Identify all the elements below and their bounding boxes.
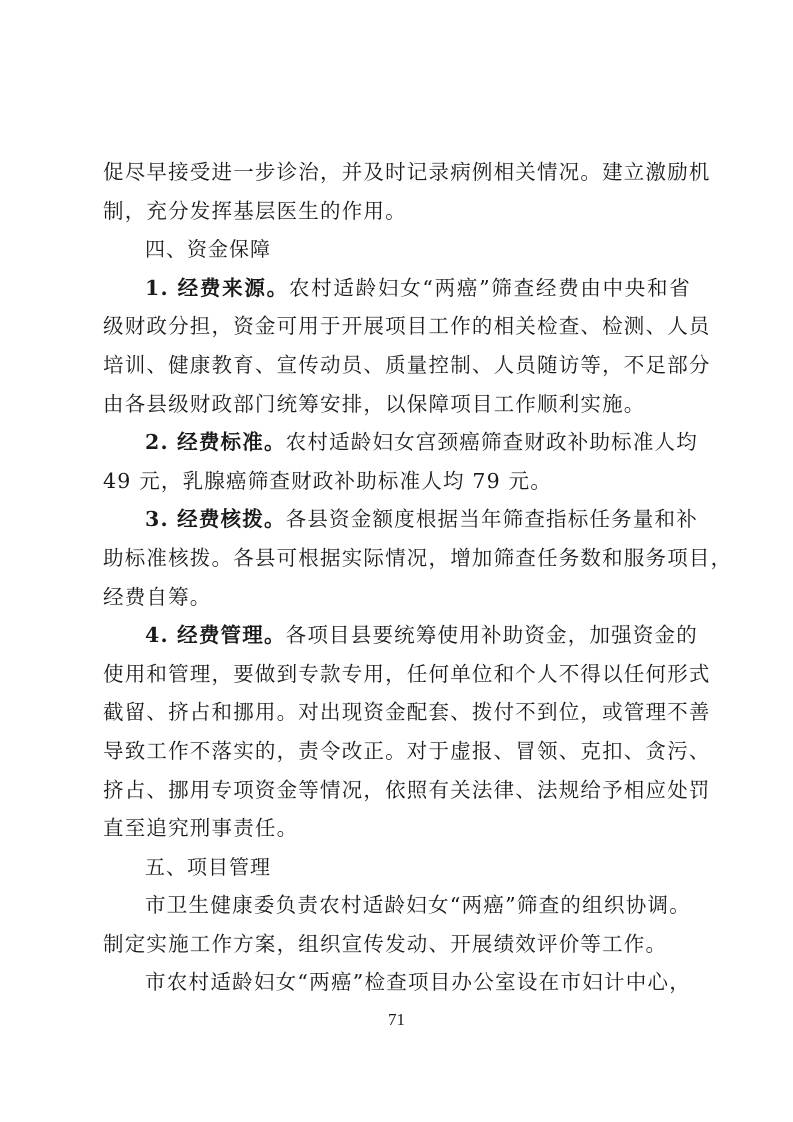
item-text: 各项目县要统筹使用补助资金，加强资金的 (286, 623, 698, 647)
section-heading-funding: 四、资金保障 (103, 230, 691, 269)
text-line: 由各县级财政部门统筹安排，以保障项目工作顺利实施。 (103, 385, 691, 424)
item-title: 3. 经费核拨。 (145, 507, 286, 531)
item-title: 2. 经费标准。 (145, 430, 286, 454)
text-line: 截留、挤占和挪用。对出现资金配套、拨付不到位，或管理不善 (103, 693, 691, 732)
paragraph-start: 市卫生健康委负责农村适龄妇女“两癌”筛查的组织协调。 (103, 886, 691, 925)
item-text: 农村适龄妇女宫颈癌筛查财政补助标准人均 (286, 430, 698, 454)
paragraph-start: 市农村适龄妇女“两癌”检查项目办公室设在市妇计中心， (103, 963, 691, 1002)
text-line: 直至追究刑事责任。 (103, 809, 691, 848)
text-line: 助标准核拨。各县可根据实际情况，增加筛查任务数和服务项目， (103, 539, 691, 578)
text-line: 导致工作不落实的，责令改正。对于虚报、冒领、克扣、贪污、 (103, 732, 691, 771)
text-line: 制，充分发挥基层医生的作用。 (103, 192, 691, 231)
text-line: 制定实施工作方案，组织宣传发动、开展绩效评价等工作。 (103, 925, 691, 964)
text-line: 使用和管理，要做到专款专用，任何单位和个人不得以任何形式 (103, 655, 691, 694)
item-title: 1. 经费来源。 (145, 276, 289, 300)
item-text: 各县资金额度根据当年筛查指标任务量和补 (286, 507, 698, 531)
text-line: 促尽早接受进一步诊治，并及时记录病例相关情况。建立激励机 (103, 153, 691, 192)
section-heading-project-management: 五、项目管理 (103, 848, 691, 887)
text-line: 经费自筹。 (103, 578, 691, 617)
item-text: 农村适龄妇女“两癌”筛查经费由中央和省 (289, 276, 691, 300)
text-line: 49 元，乳腺癌筛查财政补助标准人均 79 元。 (103, 462, 691, 501)
document-page: 促尽早接受进一步诊治，并及时记录病例相关情况。建立激励机 制，充分发挥基层医生的… (0, 0, 793, 1122)
text-line: 级财政分担，资金可用于开展项目工作的相关检查、检测、人员 (103, 307, 691, 346)
body-text: 促尽早接受进一步诊治，并及时记录病例相关情况。建立激励机 制，充分发挥基层医生的… (103, 153, 691, 1002)
item-title: 4. 经费管理。 (145, 623, 286, 647)
item-funding-allocation: 3. 经费核拨。各县资金额度根据当年筛查指标任务量和补 (103, 500, 691, 539)
item-funding-standard: 2. 经费标准。农村适龄妇女宫颈癌筛查财政补助标准人均 (103, 423, 691, 462)
text-line: 挤占、挪用专项资金等情况，依照有关法律、法规给予相应处罚 (103, 771, 691, 810)
page-number: 71 (0, 1010, 793, 1030)
item-funding-source: 1. 经费来源。农村适龄妇女“两癌”筛查经费由中央和省 (103, 269, 691, 308)
text-line: 培训、健康教育、宣传动员、质量控制、人员随访等，不足部分 (103, 346, 691, 385)
item-funding-management: 4. 经费管理。各项目县要统筹使用补助资金，加强资金的 (103, 616, 691, 655)
